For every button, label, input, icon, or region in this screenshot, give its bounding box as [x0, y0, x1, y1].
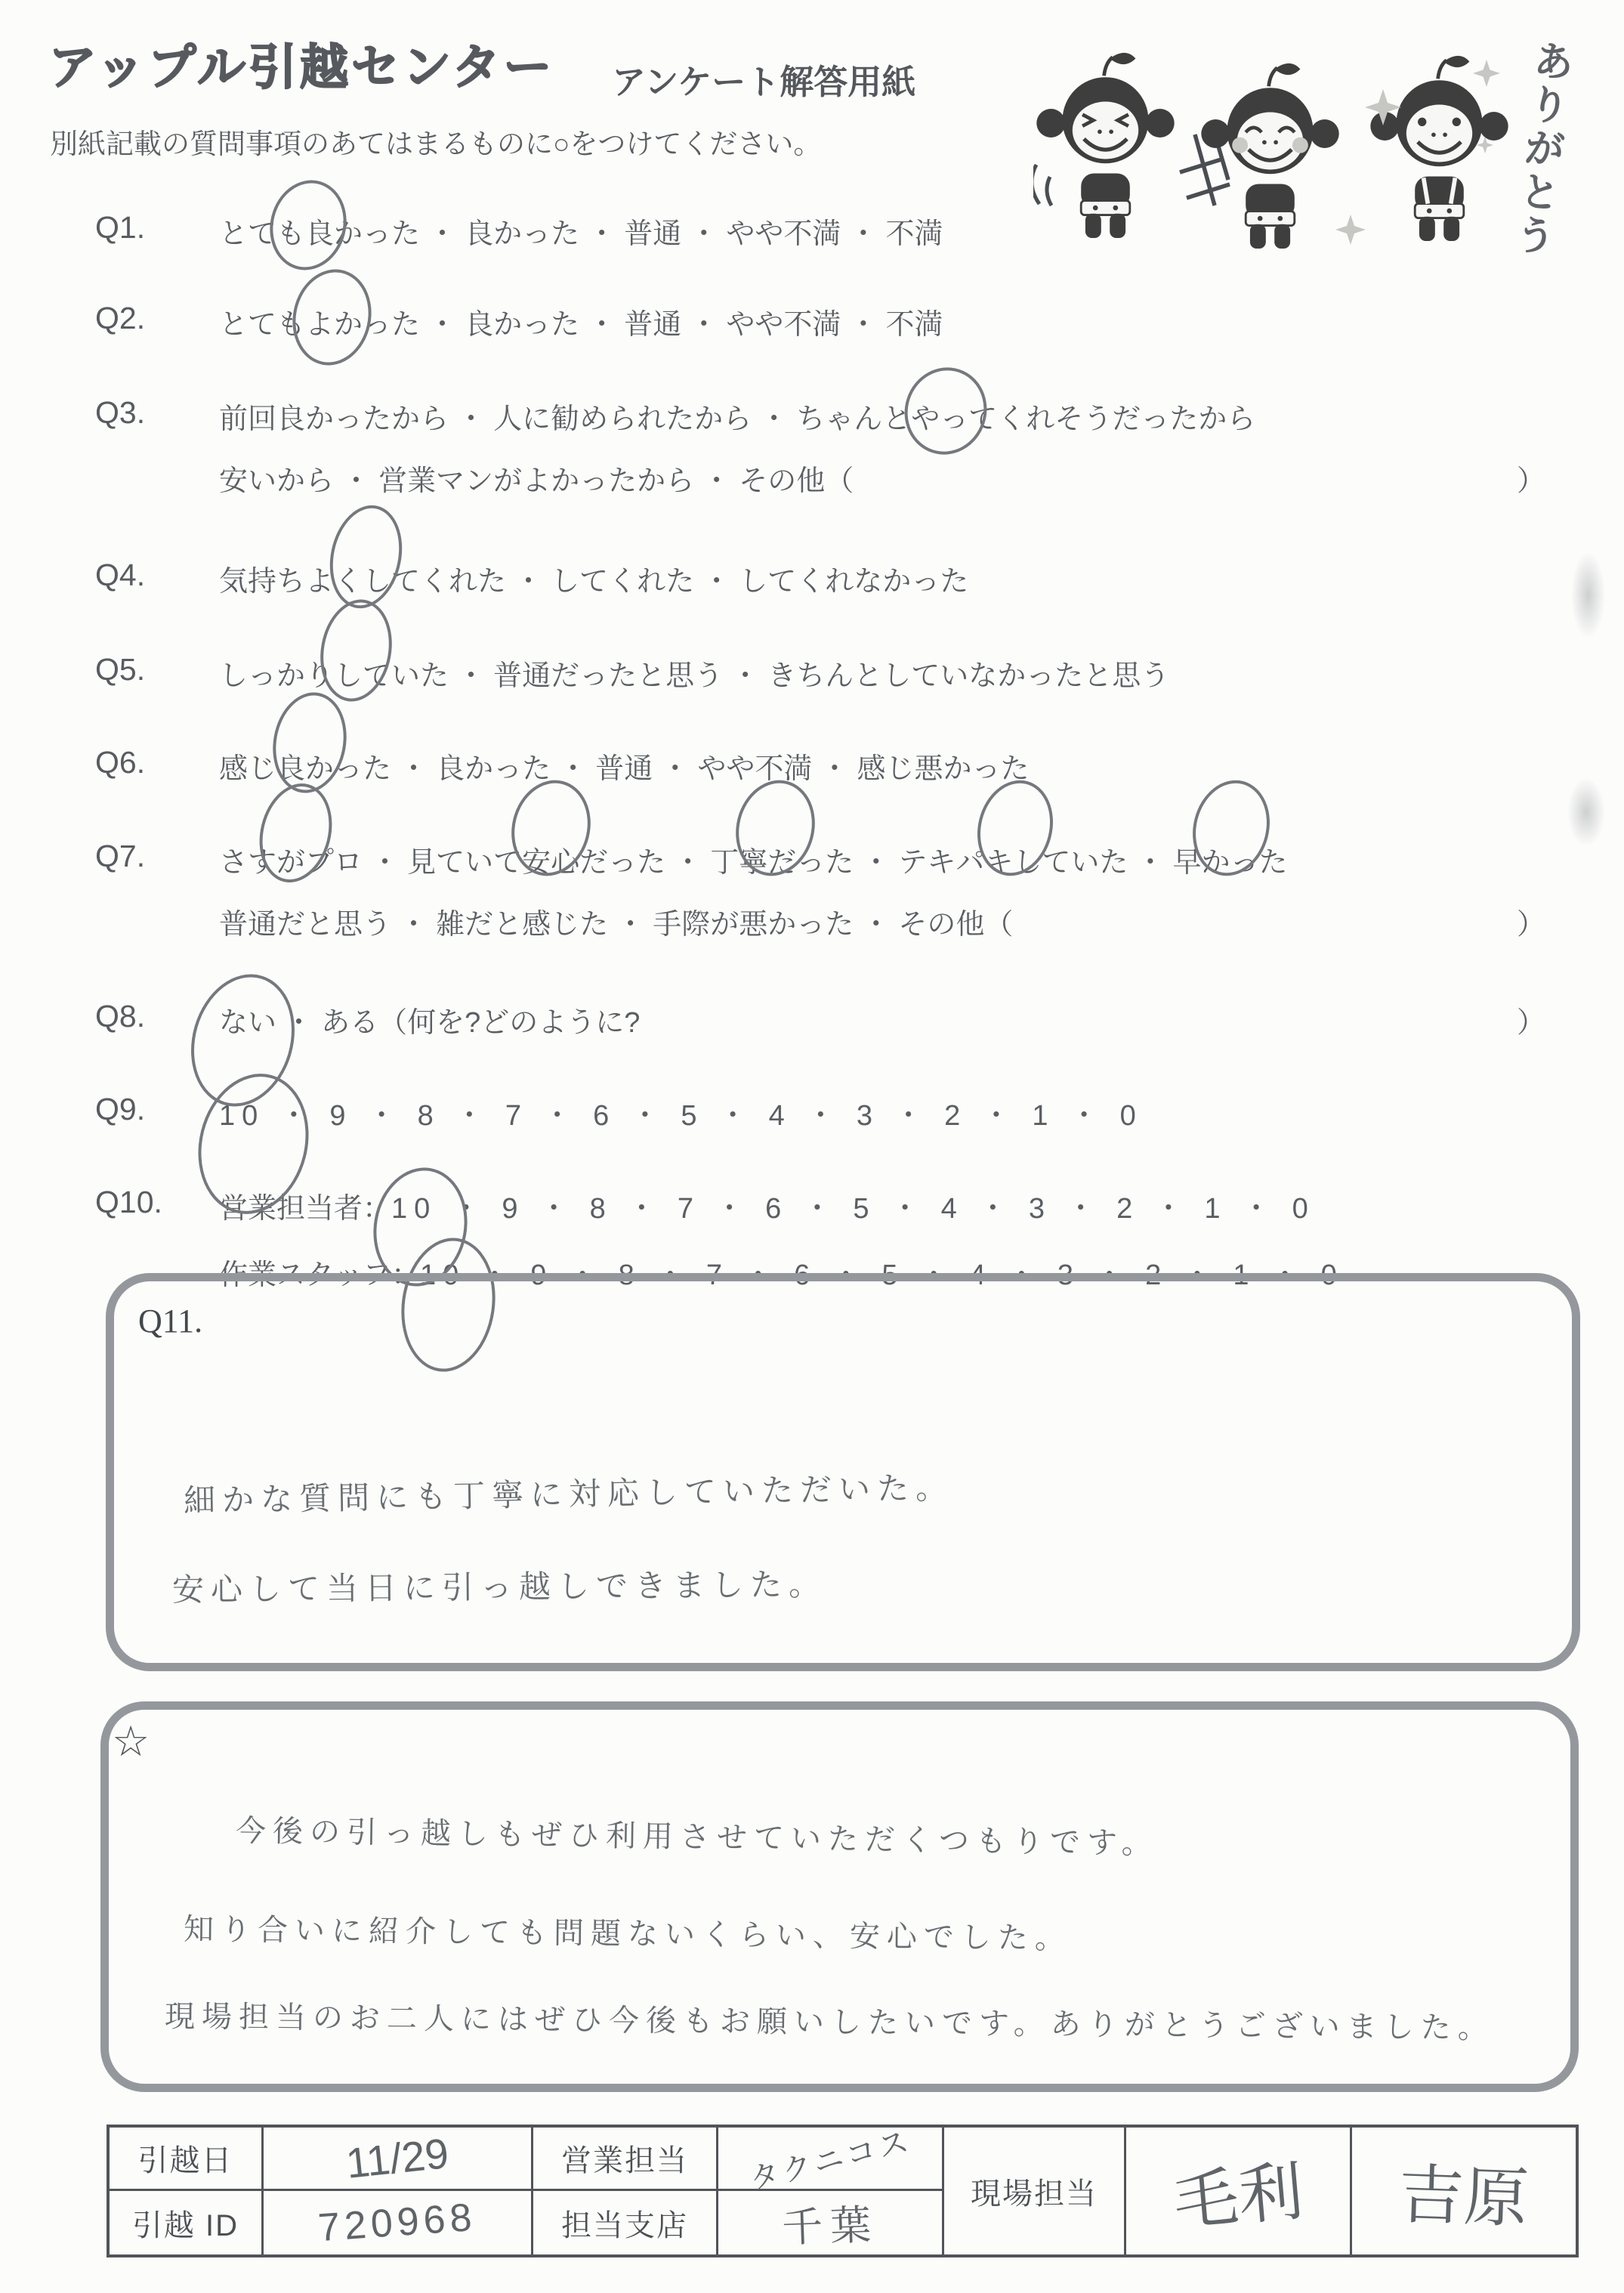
sparkle-icon: [1335, 215, 1366, 245]
branch-value: 千葉: [781, 2192, 880, 2253]
monkey-1-icon: [1036, 53, 1174, 238]
site-signature-1: 毛利: [1169, 2139, 1307, 2244]
q10-sales-scale: 10 ・ 9 ・ 8 ・ 7 ・ 6 ・ 5 ・ 4 ・ 3 ・ 2 ・ 1 ・…: [391, 1193, 1315, 1225]
move-id-label: 引越 ID: [132, 2202, 239, 2245]
site-signature-2: 吉原: [1397, 2142, 1530, 2240]
branch-value-cell: 千葉: [718, 2191, 944, 2254]
monkeys-icon: [1033, 32, 1517, 258]
q11-label: Q11.: [138, 1302, 202, 1340]
footer-info-table: 引越日 11/29 営業担当 タクニコス 現場担当 毛利 吉原 引越 ID 72…: [107, 2125, 1579, 2257]
branch-label: 担当支店: [561, 2202, 688, 2245]
move-date-value-cell: 11/29: [264, 2128, 533, 2191]
q11-handwritten-line-2: 安心して当日に引っ越しできました。: [172, 1559, 828, 1611]
survey-scan-page: アップル引越センター アンケート解答用紙 別紙記載の質問事項のあてはまるものに○…: [0, 0, 1624, 2293]
answer-circle-q2: [284, 262, 380, 373]
answer-circle-q3: [894, 357, 999, 465]
q9-label: Q9.: [95, 1092, 145, 1127]
move-id-value: 720968: [316, 2195, 477, 2251]
q7-label: Q7.: [95, 839, 145, 874]
sales-value: タクニコス: [745, 2117, 915, 2199]
instruction-text: 別紙記載の質問事項のあてはまるものに○をつけてください。: [50, 121, 821, 162]
move-id-value-cell: 720968: [264, 2191, 533, 2254]
move-id-label-cell: 引越 ID: [110, 2191, 264, 2254]
sales-value-cell: タクニコス: [718, 2128, 944, 2191]
form-name: アンケート解答用紙: [612, 54, 915, 104]
q3-close-paren: ）: [1517, 457, 1545, 499]
motion-lines-icon: [1033, 165, 1051, 206]
scan-smudge: [1571, 552, 1605, 638]
q4-label: Q4.: [95, 558, 145, 593]
branch-label-cell: 担当支店: [533, 2191, 718, 2254]
q7-close-paren: ）: [1517, 901, 1545, 942]
q9-scale: 10 ・ 9 ・ 8 ・ 7 ・ 6 ・ 5 ・ 4 ・ 3 ・ 2 ・ 1 ・…: [219, 1092, 1143, 1133]
scan-smudge: [1567, 778, 1605, 846]
q5-label: Q5.: [95, 652, 145, 688]
monkey-mascots-illustration: [1033, 32, 1517, 262]
q8-label: Q8.: [95, 999, 145, 1034]
move-date-label-cell: 引越日: [110, 2128, 264, 2191]
q10-label: Q10.: [95, 1185, 162, 1220]
q3-label: Q3.: [95, 395, 145, 431]
q6-label: Q6.: [95, 745, 145, 780]
q3-options-1: 前回良かったから ・ 人に勧められたから ・ ちゃんとやってくれそうだったから: [219, 395, 1255, 437]
q7-options-2: 普通だと思う ・ 雑だと感じた ・ 手際が悪かった ・ その他（: [219, 901, 1013, 942]
sparkle-icon: [1473, 60, 1500, 87]
q8-close-paren: ）: [1517, 999, 1545, 1040]
site-label: 現場担当: [971, 2170, 1098, 2213]
q3-options-2: 安いから ・ 営業マンがよかったから ・ その他（: [219, 457, 854, 499]
sales-label: 営業担当: [561, 2137, 688, 2180]
answer-circle-q1: [261, 172, 356, 279]
q1-label: Q1.: [95, 210, 145, 246]
site-signature-2-cell: 吉原: [1352, 2128, 1576, 2254]
site-signature-1-cell: 毛利: [1126, 2128, 1352, 2254]
q2-label: Q2.: [95, 301, 145, 336]
sales-label-cell: 営業担当: [533, 2128, 718, 2191]
company-title: アップル引越センター: [48, 29, 554, 98]
move-date-label: 引越日: [138, 2137, 233, 2180]
move-date-value: 11/29: [344, 2128, 451, 2188]
star-icon: ☆: [112, 1717, 150, 1766]
site-label-cell: 現場担当: [944, 2128, 1126, 2254]
